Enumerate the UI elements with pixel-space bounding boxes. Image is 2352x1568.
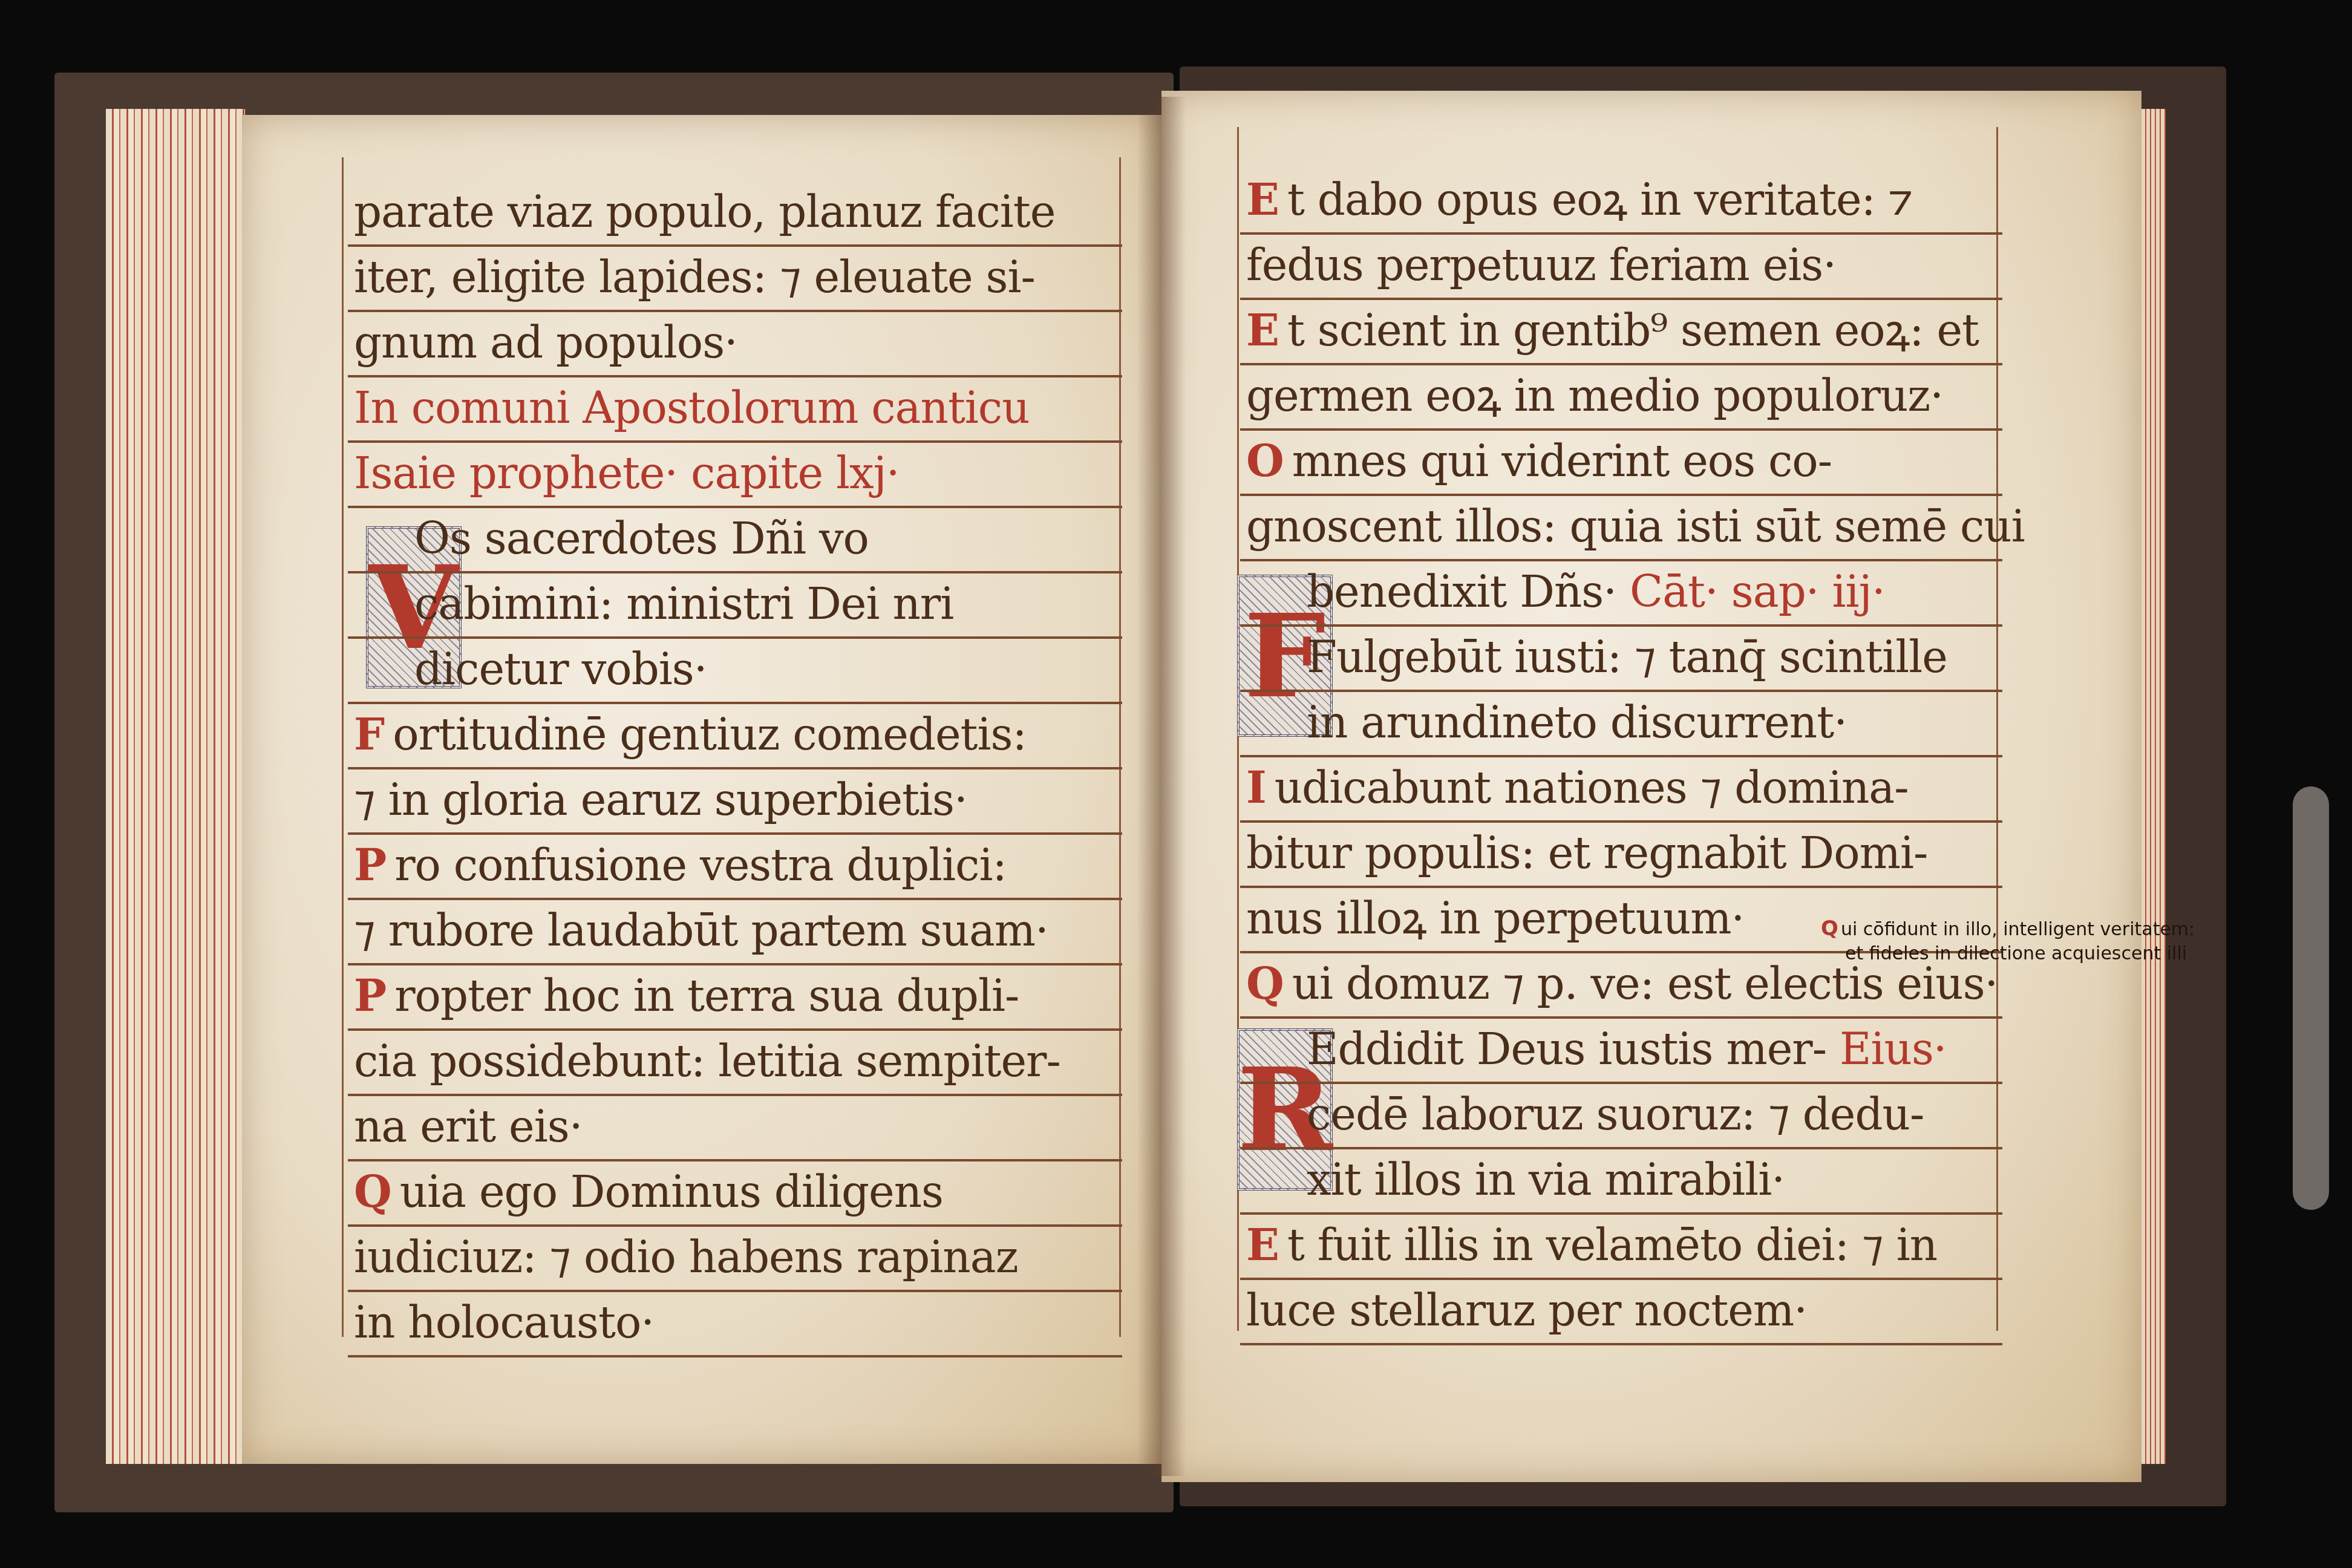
text-line: cia possidebunt: letitia sempiter-	[348, 1031, 1122, 1096]
marginal-line: Qui cōfidunt in illo, intelligent verita…	[1821, 916, 2195, 942]
text-line: in holocausto·	[348, 1292, 1122, 1357]
text-line: cedē laboruz suoruz: ⁊ dedu-	[1240, 1084, 2002, 1149]
text-line: Et fuit illis in velamēto diei: ⁊ in	[1240, 1215, 2002, 1280]
text-line: Iudicabunt nationes ⁊ domina-	[1240, 757, 2002, 823]
rubric-reference: Eius·	[1840, 1024, 1947, 1074]
text-line: Fulgebūt iusti: ⁊ tanq̄ scintille	[1240, 627, 2002, 692]
text-line: Pro confusione vestra duplici:	[348, 835, 1122, 900]
text-line: xit illos in via mirabili·	[1240, 1149, 2002, 1215]
text-line: iudiciuz: ⁊ odio habens rapinaz	[348, 1227, 1122, 1292]
text-line: gnum ad populos·	[348, 312, 1122, 377]
text-line: bitur populis: et regnabit Domi-	[1240, 823, 2002, 888]
text-line: fedus perpetuuz feriam eis·	[1240, 235, 2002, 300]
red-initial: Q	[1246, 958, 1284, 1009]
text-line: Et scient in gentib⁹ semen eoꝝ: et	[1240, 300, 2002, 365]
text-line: ⁊ rubore laudabūt partem suam·	[348, 900, 1122, 965]
red-initial: Q	[354, 1166, 391, 1217]
page-stack-fore-edge	[106, 109, 245, 1464]
text-line: benedixit Dñs· Cāt· sap· iij·	[1240, 561, 2002, 627]
text-line: Propter hoc in terra sua dupli-	[348, 965, 1122, 1031]
red-initial: O	[1246, 435, 1284, 486]
text-line: Et dabo opus eoꝝ in veritate: ⁊	[1240, 169, 2002, 235]
right-page-text: Et dabo opus eoꝝ in veritate: ⁊ fedus pe…	[1240, 169, 2002, 1345]
text-line: Eddidit Deus iustis mer- Eius·	[1240, 1019, 2002, 1084]
text-line: dicetur vobis·	[348, 639, 1122, 704]
red-initial: P	[354, 839, 386, 890]
marginal-line: et fideles in dilectione acquiescent ill…	[1821, 942, 2195, 966]
text-line: Os sacerdotes Dñi vo	[348, 508, 1122, 573]
text-line: cabimini: ministri Dei nri	[348, 573, 1122, 639]
text-line: in arundineto discurrent·	[1240, 692, 2002, 757]
right-page-stack-edge	[2141, 109, 2166, 1464]
rubric-line: In comuni Apostolorum canticu	[348, 377, 1122, 443]
rubric-reference: Cāt· sap· iij·	[1630, 566, 1885, 617]
rubric-line: Isaie prophete· capite lxj·	[348, 443, 1122, 508]
text-line: gnoscent illos: quia isti sūt semē cui	[1240, 496, 2002, 561]
text-line: luce stellaruz per noctem·	[1240, 1280, 2002, 1345]
left-margin-ruling	[342, 157, 344, 1337]
left-page-text: parate viaz populo, planuz facite iter, …	[348, 181, 1122, 1357]
red-initial: E	[1246, 304, 1279, 356]
red-initial: F	[354, 708, 384, 760]
red-initial: I	[1246, 762, 1266, 813]
text-line: Omnes qui viderint eos co-	[1240, 431, 2002, 496]
book-clasp-strap	[2293, 786, 2329, 1210]
book-gutter	[1137, 97, 1186, 1476]
marginal-annotation: Qui cōfidunt in illo, intelligent verita…	[1821, 916, 2195, 966]
text-line: Quia ego Dominus diligens	[348, 1161, 1122, 1227]
text-line: parate viaz populo, planuz facite	[348, 181, 1122, 247]
red-initial: E	[1246, 1219, 1279, 1270]
text-line: iter, eligite lapides: ⁊ eleuate si-	[348, 247, 1122, 312]
red-initial: Q	[1821, 916, 1838, 941]
text-line: na erit eis·	[348, 1096, 1122, 1161]
text-line: germen eoꝝ in medio populoruz·	[1240, 365, 2002, 431]
red-initial: E	[1246, 174, 1279, 225]
text-line: Fortitudinē gentiuz comedetis:	[348, 704, 1122, 769]
text-line: ⁊ in gloria earuz superbietis·	[348, 769, 1122, 835]
red-initial: P	[354, 970, 386, 1021]
